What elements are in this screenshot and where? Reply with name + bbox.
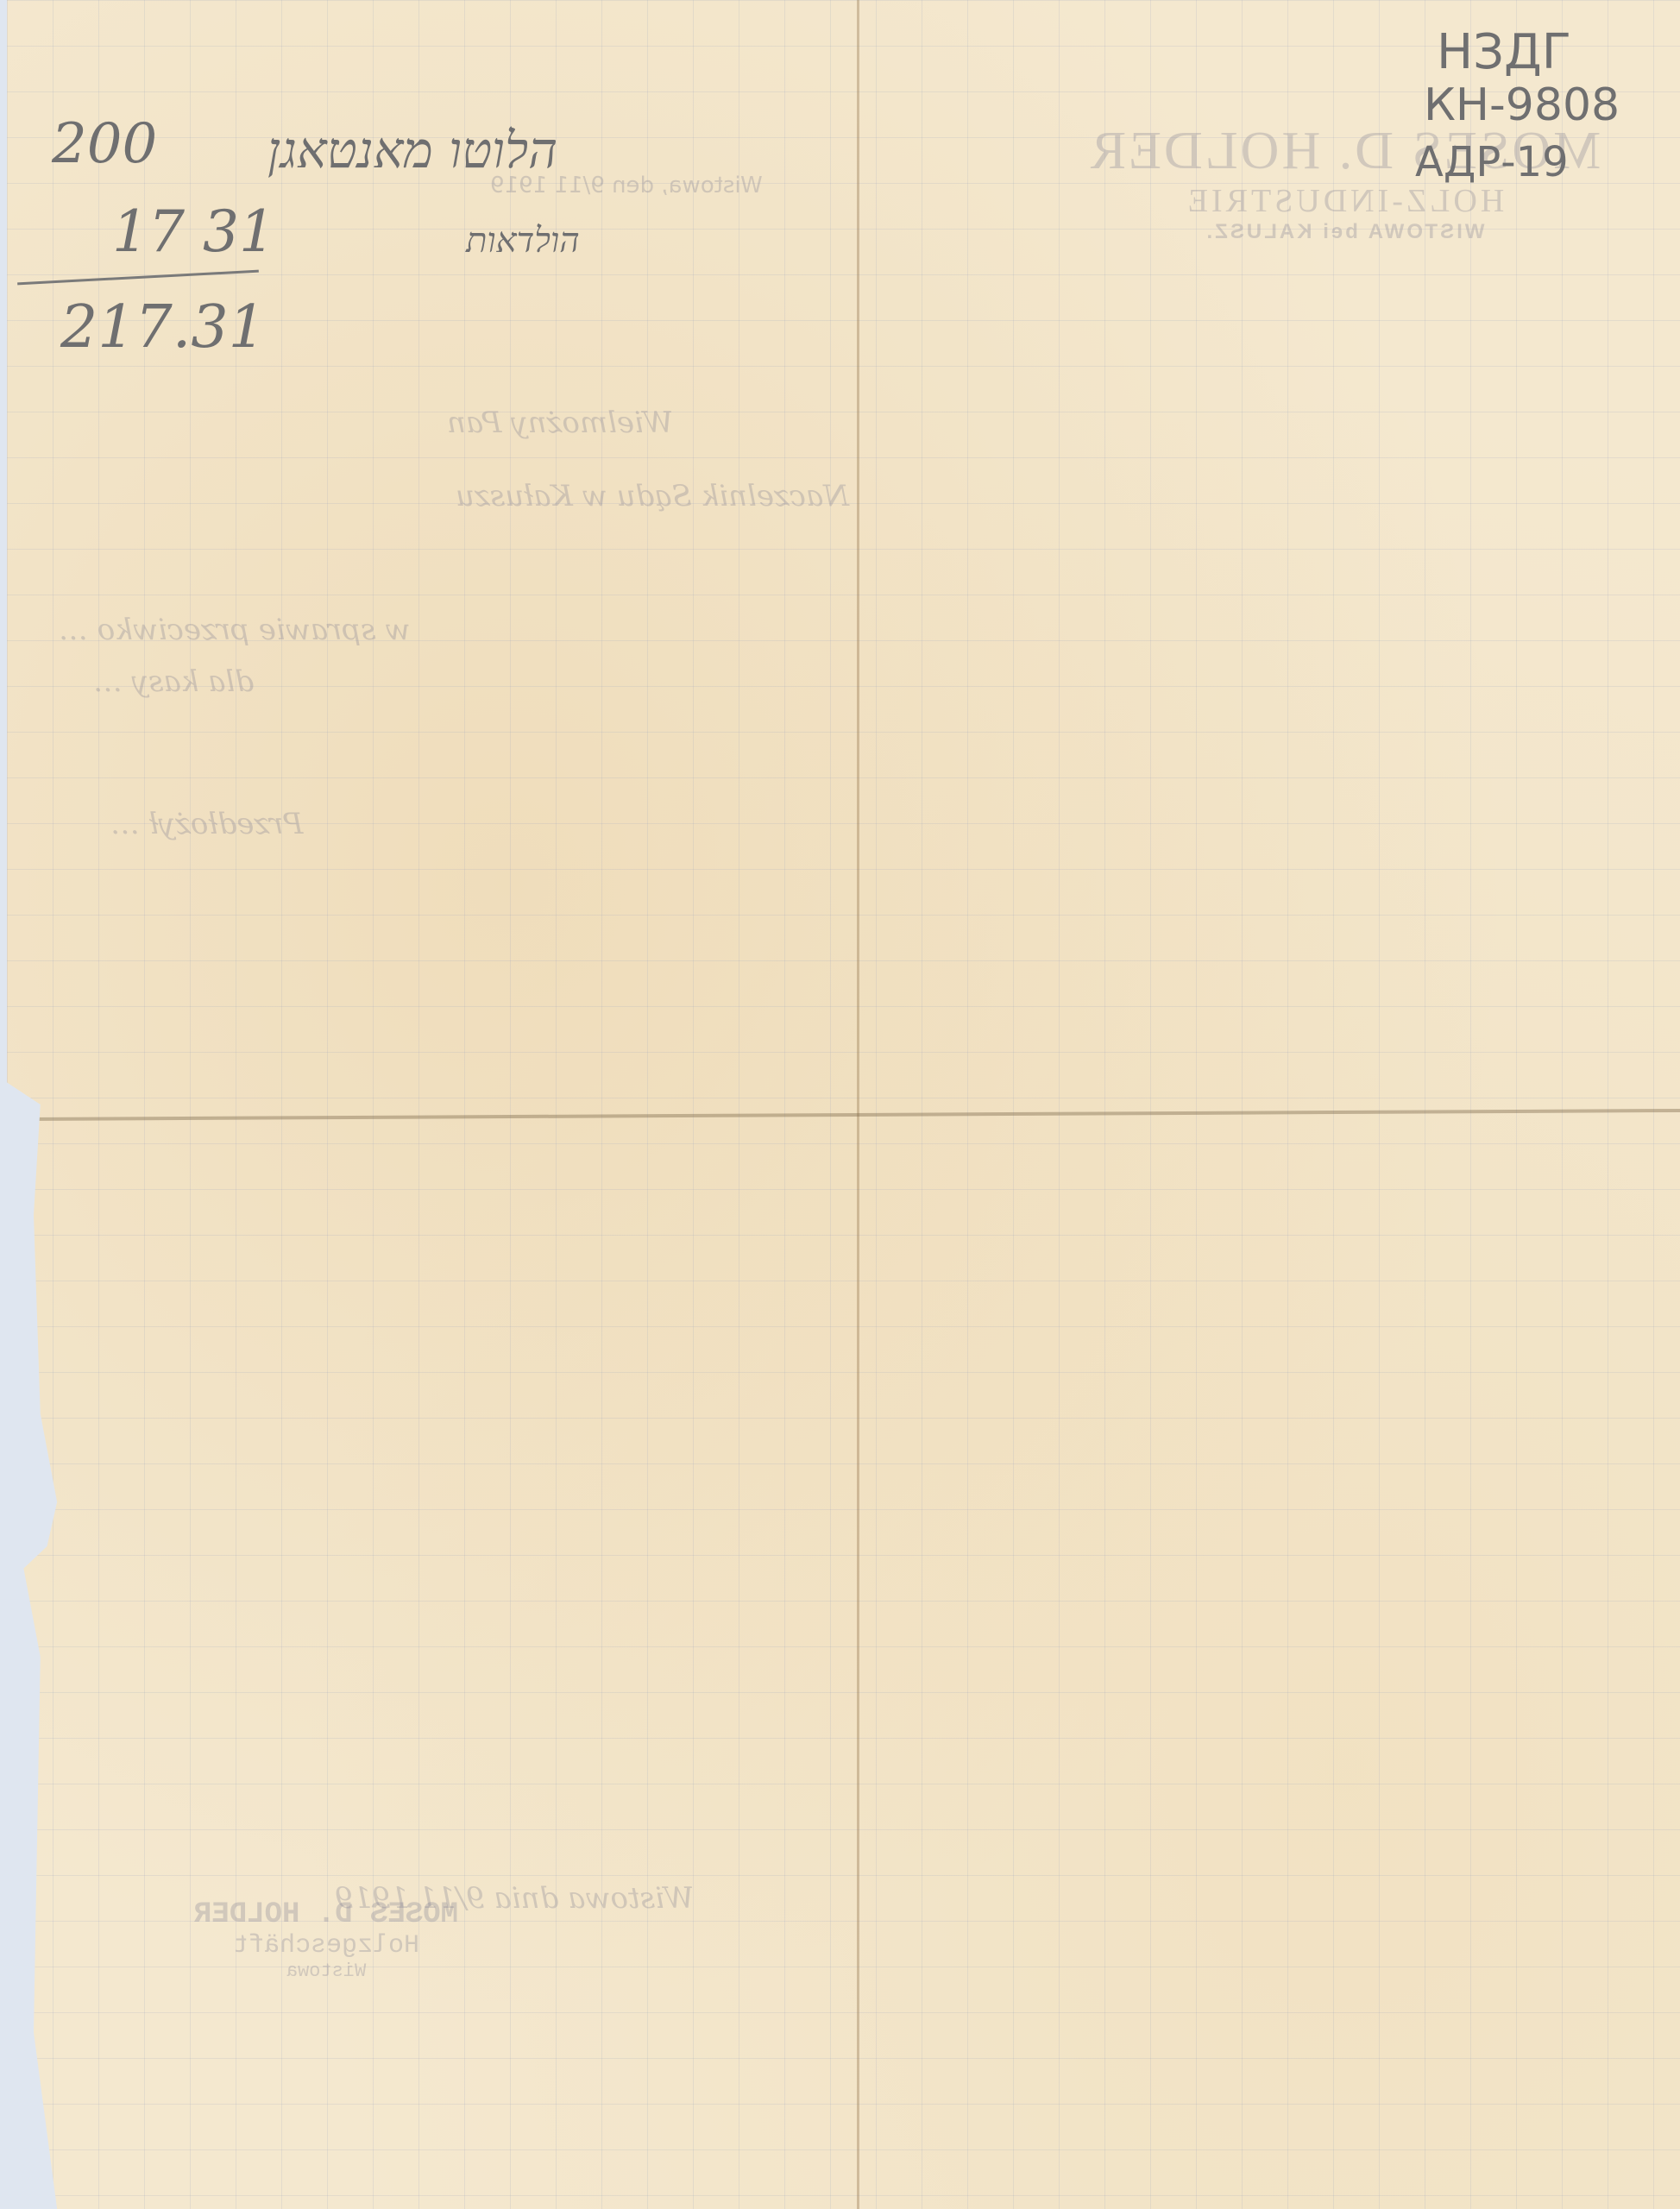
company-stamp-bleed-through: MOSES D. HOLDER Holzgeschäft Wistowa (171, 1898, 481, 1982)
vertical-fold-crease (857, 0, 859, 2209)
stamp-line3: Wistowa (171, 1960, 481, 1982)
calc-value-1: 200 (52, 112, 157, 176)
body-line: Przedłożył … (110, 807, 303, 841)
hebrew-note-line1: הלוטו מאנטאגן (267, 121, 557, 179)
letterhead-subtitle: HOLZ-INDUSTRIE (1068, 182, 1620, 220)
stamp-line1: MOSES D. HOLDER (171, 1898, 481, 1931)
body-line: w sprawie przeciwko … (59, 613, 411, 647)
calc-total: 217.31 (60, 293, 266, 362)
horizontal-fold-crease (7, 1109, 1680, 1121)
body-line: Wielmożny Pan (447, 406, 673, 440)
body-line: dla kasy … (93, 664, 254, 699)
archival-mark-address: АДР-19 (1415, 138, 1569, 186)
stamp-line2: Holzgeschäft (171, 1931, 481, 1960)
letterhead-location: WISTOWA bei KALUSZ. (1068, 220, 1620, 244)
body-line: Naczelnik Sądu w Kałuszu (456, 479, 849, 513)
archival-mark-number: КН-9808 (1424, 79, 1620, 131)
hebrew-note-line2: הולדאות (466, 220, 580, 261)
calc-value-2: 17 31 (112, 198, 275, 265)
archival-mark-fund: НЗДГ (1437, 24, 1571, 80)
